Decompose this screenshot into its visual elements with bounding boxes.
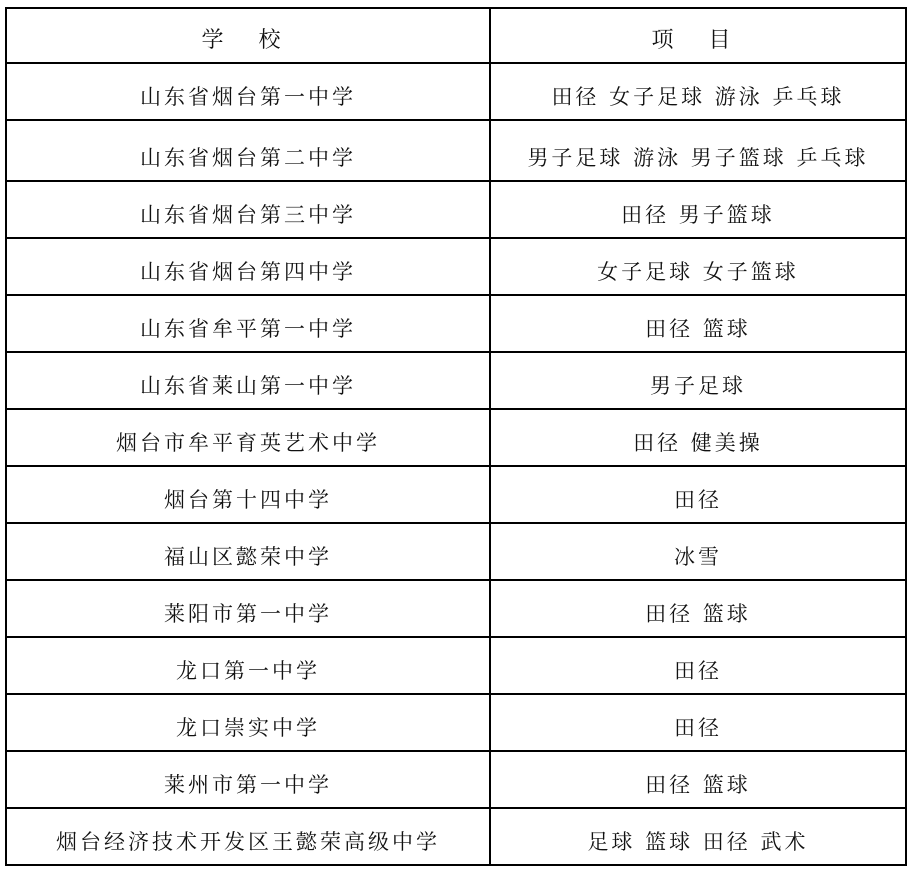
- table-row: 烟台经济技术开发区王懿荣高级中学足球 篮球 田径 武术: [6, 808, 906, 865]
- table-row: 山东省牟平第一中学田径 篮球: [6, 295, 906, 352]
- items-cell: 田径: [490, 637, 906, 694]
- schools-table: 学 校 项 目 山东省烟台第一中学田径 女子足球 游泳 乒乓球 山东省烟台第二中…: [5, 7, 907, 866]
- header-row: 学 校 项 目: [6, 8, 906, 63]
- items-cell: 男子足球: [490, 352, 906, 409]
- school-cell: 龙口第一中学: [6, 637, 490, 694]
- table-row: 山东省烟台第四中学女子足球 女子篮球: [6, 238, 906, 295]
- table-row: 莱州市第一中学田径 篮球: [6, 751, 906, 808]
- items-cell: 田径: [490, 694, 906, 751]
- table-row: 莱阳市第一中学田径 篮球: [6, 580, 906, 637]
- items-cell: 田径 女子足球 游泳 乒乓球: [490, 63, 906, 120]
- items-cell: 田径 男子篮球: [490, 181, 906, 238]
- school-cell: 莱阳市第一中学: [6, 580, 490, 637]
- header-school: 学 校: [6, 8, 490, 63]
- table-row: 烟台市牟平育英艺术中学田径 健美操: [6, 409, 906, 466]
- table-row: 龙口崇实中学田径: [6, 694, 906, 751]
- table-row: 烟台第十四中学田径: [6, 466, 906, 523]
- header-items: 项 目: [490, 8, 906, 63]
- table-row: 山东省烟台第三中学田径 男子篮球: [6, 181, 906, 238]
- items-cell: 田径 健美操: [490, 409, 906, 466]
- table-row: 山东省烟台第一中学田径 女子足球 游泳 乒乓球: [6, 63, 906, 120]
- items-cell: 田径: [490, 466, 906, 523]
- items-cell: 足球 篮球 田径 武术: [490, 808, 906, 865]
- table-row: 山东省莱山第一中学男子足球: [6, 352, 906, 409]
- school-cell: 烟台第十四中学: [6, 466, 490, 523]
- items-cell: 女子足球 女子篮球: [490, 238, 906, 295]
- school-cell: 山东省莱山第一中学: [6, 352, 490, 409]
- items-cell: 田径 篮球: [490, 751, 906, 808]
- school-cell: 龙口崇实中学: [6, 694, 490, 751]
- school-cell: 福山区懿荣中学: [6, 523, 490, 580]
- table-row: 龙口第一中学田径: [6, 637, 906, 694]
- school-cell: 山东省烟台第三中学: [6, 181, 490, 238]
- school-cell: 山东省烟台第二中学: [6, 120, 490, 181]
- items-cell: 男子足球 游泳 男子篮球 乒乓球: [490, 120, 906, 181]
- school-cell: 莱州市第一中学: [6, 751, 490, 808]
- items-cell: 田径 篮球: [490, 295, 906, 352]
- items-cell: 田径 篮球: [490, 580, 906, 637]
- items-cell: 冰雪: [490, 523, 906, 580]
- school-cell: 山东省烟台第一中学: [6, 63, 490, 120]
- table-row: 福山区懿荣中学冰雪: [6, 523, 906, 580]
- school-cell: 山东省牟平第一中学: [6, 295, 490, 352]
- school-cell: 烟台经济技术开发区王懿荣高级中学: [6, 808, 490, 865]
- school-cell: 烟台市牟平育英艺术中学: [6, 409, 490, 466]
- table-row: 山东省烟台第二中学男子足球 游泳 男子篮球 乒乓球: [6, 120, 906, 181]
- school-cell: 山东省烟台第四中学: [6, 238, 490, 295]
